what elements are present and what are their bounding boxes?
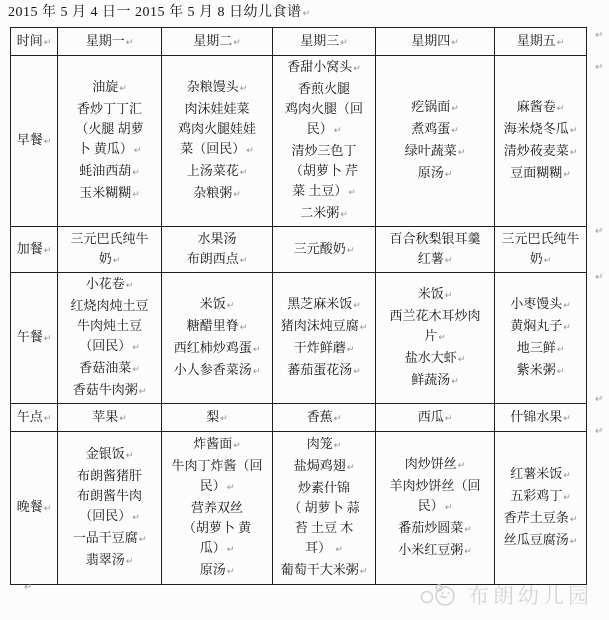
return-mark-icon: ↵ bbox=[233, 441, 241, 451]
return-mark-icon: ↵ bbox=[451, 126, 459, 136]
menu-line: 米饭↵ bbox=[378, 284, 492, 306]
menu-line: 奶↵ bbox=[60, 249, 159, 271]
return-mark-icon: ↵ bbox=[360, 323, 368, 333]
menu-cell: 黑芝麻米饭↵猪肉沫炖豆腐↵干炸鲜蘑↵蕃茄蛋花汤↵ bbox=[273, 273, 376, 404]
menu-cell: 红薯米饭↵五彩鸡丁↵香芹土豆条↵丝瓜豆腐汤↵ bbox=[495, 432, 587, 585]
menu-line: 黄焖丸子↵ bbox=[497, 316, 584, 338]
return-mark-icon: ↵ bbox=[240, 168, 248, 178]
return-mark-icon: ↵ bbox=[348, 188, 356, 198]
menu-line: 卜 黄瓜）↵ bbox=[60, 139, 159, 161]
menu-line: 杂粮馒头↵ bbox=[164, 77, 270, 99]
return-mark-icon: ↵ bbox=[227, 545, 235, 555]
menu-line: 油旋↵ bbox=[60, 77, 159, 99]
menu-line: 小人参香菜汤↵ bbox=[164, 360, 270, 382]
menu-cell: 什锦水果↵ bbox=[495, 404, 587, 432]
return-mark-icon: ↵ bbox=[126, 281, 134, 291]
return-mark-icon: ↵ bbox=[563, 414, 571, 424]
menu-line: 布朗酱猪肝 bbox=[60, 466, 159, 486]
return-mark-icon: ↵ bbox=[227, 483, 235, 493]
return-mark-icon: ↵ bbox=[563, 170, 571, 180]
return-mark-icon: ↵ bbox=[126, 557, 134, 567]
return-mark-icon: ↵ bbox=[139, 387, 147, 397]
menu-line: 蚝油西葫↵ bbox=[60, 161, 159, 183]
menu-line: 营养双丝 bbox=[164, 498, 270, 518]
return-mark-icon: ↵ bbox=[132, 190, 140, 200]
return-mark-icon: ↵ bbox=[132, 168, 140, 178]
return-mark-icon: ↵ bbox=[347, 246, 355, 256]
menu-line: 早餐↵ bbox=[13, 130, 55, 152]
menu-line: 小米红豆粥↵ bbox=[378, 540, 492, 562]
return-mark-icon: ↵ bbox=[113, 256, 121, 266]
menu-line: 羊肉炒饼丝（回 bbox=[378, 476, 492, 496]
menu-line: 牛肉炖土豆 bbox=[60, 316, 159, 336]
column-header-day: 星期三↵ bbox=[273, 28, 376, 56]
menu-line: 红烧肉炖土豆 bbox=[60, 296, 159, 316]
menu-line: 肉炒饼丝↵ bbox=[378, 454, 492, 476]
menu-line: 玉米糊糊↵ bbox=[60, 183, 159, 205]
menu-line: 小枣馒头↵ bbox=[497, 294, 584, 316]
menu-line: 鸡肉火腿（回 bbox=[275, 99, 373, 119]
menu-line: 绿叶蔬菜↵ bbox=[378, 141, 492, 163]
return-mark-icon: ↵ bbox=[445, 291, 453, 301]
return-mark-icon: ↵ bbox=[253, 367, 261, 377]
return-mark-icon: ↵ bbox=[227, 301, 235, 311]
return-mark-icon: ↵ bbox=[334, 441, 342, 451]
menu-cell: 麻酱卷↵海米烧冬瓜↵清炒莜麦菜↵豆面糊糊↵ bbox=[495, 56, 587, 227]
menu-cell: 油旋↵香炒丁丁汇（火腿 胡萝卜 黄瓜）↵蚝油西葫↵玉米糊糊↵ bbox=[58, 56, 162, 227]
menu-line: 香蕉↵ bbox=[275, 407, 373, 429]
return-mark-icon: ↵ bbox=[132, 343, 140, 353]
return-mark-icon: ↵ bbox=[438, 333, 446, 343]
paragraph-mark-icon: ↵ bbox=[24, 582, 32, 593]
menu-line: 三元巴氏纯牛奶↵ bbox=[497, 229, 584, 271]
menu-line: 香芹土豆条↵ bbox=[497, 508, 584, 530]
return-mark-icon: ↵ bbox=[563, 323, 571, 333]
return-mark-icon: ↵ bbox=[557, 367, 565, 377]
meal-row-label: 晚餐↵ bbox=[11, 432, 58, 585]
return-mark-icon: ↵ bbox=[334, 126, 342, 136]
menu-line: 时间↵ bbox=[13, 31, 55, 53]
return-mark-icon: ↵ bbox=[563, 493, 571, 503]
return-mark-icon: ↵ bbox=[44, 414, 52, 424]
menu-line: 加餐↵ bbox=[13, 239, 55, 261]
return-mark-icon: ↵ bbox=[458, 461, 466, 471]
return-mark-icon: ↵ bbox=[126, 38, 134, 48]
kindergarten-name: 布朗幼儿园 bbox=[468, 580, 593, 610]
menu-line: 晚餐↵ bbox=[13, 497, 55, 519]
return-mark-icon: ↵ bbox=[240, 84, 248, 94]
return-mark-icon: ↵ bbox=[570, 537, 578, 547]
menu-line: 炒素什锦 bbox=[275, 478, 373, 498]
table-row: 早餐↵油旋↵香炒丁丁汇（火腿 胡萝卜 黄瓜）↵蚝油西葫↵玉米糊糊↵杂粮馒头↵肉沫… bbox=[11, 56, 587, 227]
menu-line: 星期五↵ bbox=[497, 31, 584, 53]
page-title: 2015 年 5 月 4 日一 2015 年 5 月 8 日幼儿食谱↵ bbox=[8, 4, 311, 23]
menu-line: 西兰花木耳炒肉 bbox=[378, 306, 492, 326]
menu-line: 葡萄干大米粥↵ bbox=[275, 560, 373, 582]
menu-line: 民）↵ bbox=[275, 119, 373, 141]
menu-line: （回民）↵ bbox=[60, 336, 159, 358]
return-mark-icon: ↵ bbox=[557, 38, 565, 48]
return-mark-icon: ↵ bbox=[451, 104, 459, 114]
menu-cell: 苹果↵ bbox=[58, 404, 162, 432]
return-mark-icon: ↵ bbox=[458, 148, 466, 158]
menu-line: （ 胡萝卜 蒜 bbox=[275, 498, 373, 518]
menu-line: 清炒莜麦菜↵ bbox=[497, 141, 584, 163]
menu-line: 菜（回民）↵ bbox=[164, 139, 270, 161]
return-mark-icon: ↵ bbox=[445, 503, 453, 513]
menu-line: 什锦水果↵ bbox=[497, 407, 584, 429]
return-mark-icon: ↵ bbox=[464, 525, 472, 535]
menu-table: 时间↵星期一↵星期二↵星期三↵星期四↵星期五↵ 早餐↵油旋↵香炒丁丁汇（火腿 胡… bbox=[10, 27, 587, 585]
menu-cell: 肉笼↵盐焗鸡翅↵炒素什锦（ 胡萝卜 蒜苔 土豆 木耳） ↵葡萄干大米粥↵ bbox=[273, 432, 376, 585]
return-mark-icon: ↵ bbox=[119, 84, 127, 94]
menu-line: 杂粮粥↵ bbox=[164, 183, 270, 205]
menu-cell: 疙锅面↵煮鸡蛋↵绿叶蔬菜↵原汤↵ bbox=[376, 56, 495, 227]
menu-line: 香菇牛肉粥↵ bbox=[60, 380, 159, 402]
paragraph-mark-icon: ↵ bbox=[595, 394, 603, 405]
menu-cell: 西瓜↵ bbox=[376, 404, 495, 432]
return-mark-icon: ↵ bbox=[340, 210, 348, 220]
menu-line: 丝瓜豆腐汤↵ bbox=[497, 530, 584, 552]
menu-line: 翡翠汤↵ bbox=[60, 550, 159, 572]
column-header-day: 星期二↵ bbox=[162, 28, 273, 56]
menu-line: 麻酱卷↵ bbox=[497, 97, 584, 119]
menu-line: 耳） ↵ bbox=[275, 538, 373, 560]
return-mark-icon: ↵ bbox=[563, 301, 571, 311]
menu-line: 疙锅面↵ bbox=[378, 97, 492, 119]
return-mark-icon: ↵ bbox=[451, 377, 459, 387]
paragraph-mark-icon: ↵ bbox=[595, 226, 603, 237]
menu-line: 苹果↵ bbox=[60, 407, 159, 429]
menu-line: 香煎火腿 bbox=[275, 79, 373, 99]
return-mark-icon: ↵ bbox=[557, 104, 565, 114]
menu-cell: 三元酸奶↵ bbox=[273, 227, 376, 273]
menu-cell: 肉炒饼丝↵羊肉炒饼丝（回民）↵番茄炒圆菜↵小米红豆粥↵ bbox=[376, 432, 495, 585]
menu-cell: 水果汤布朗西点↵ bbox=[162, 227, 273, 273]
meal-row-label: 加餐↵ bbox=[11, 227, 58, 273]
menu-line: 星期一↵ bbox=[60, 31, 159, 53]
return-mark-icon: ↵ bbox=[451, 38, 459, 48]
return-mark-icon: ↵ bbox=[340, 38, 348, 48]
paragraph-mark-icon: ↵ bbox=[595, 272, 603, 283]
return-mark-icon: ↵ bbox=[445, 256, 453, 266]
return-mark-icon: ↵ bbox=[44, 246, 52, 256]
menu-line: 星期四↵ bbox=[378, 31, 492, 53]
return-mark-icon: ↵ bbox=[119, 414, 127, 424]
menu-line: 二米粥↵ bbox=[275, 203, 373, 225]
paragraph-mark-icon: ↵ bbox=[595, 62, 603, 73]
return-mark-icon: ↵ bbox=[139, 535, 147, 545]
menu-line: （火腿 胡萝 bbox=[60, 119, 159, 139]
return-mark-icon: ↵ bbox=[445, 170, 453, 180]
menu-line: 菜 土豆）↵ bbox=[275, 181, 373, 203]
meal-row-label: 午餐↵ bbox=[11, 273, 58, 404]
menu-line: 煮鸡蛋↵ bbox=[378, 119, 492, 141]
menu-line: 2015 年 5 月 4 日一 2015 年 5 月 8 日幼儿食谱↵ bbox=[8, 4, 311, 23]
menu-line: 西红柿炒鸡蛋↵ bbox=[164, 338, 270, 360]
return-mark-icon: ↵ bbox=[220, 414, 228, 424]
menu-line: 地三鲜↵ bbox=[497, 338, 584, 360]
return-mark-icon: ↵ bbox=[360, 567, 368, 577]
table-row: 晚餐↵金银饭↵布朗酱猪肝布朗酱牛肉（回民）↵一品干豆腐↵翡翠汤↵炸酱面↵牛肉丁炸… bbox=[11, 432, 587, 585]
menu-line: 豆面糊糊↵ bbox=[497, 163, 584, 185]
footer-watermark: 布朗幼儿园 bbox=[418, 580, 593, 610]
return-mark-icon: ↵ bbox=[240, 323, 248, 333]
menu-line: 民）↵ bbox=[164, 476, 270, 498]
menu-line: 海米烧冬瓜↵ bbox=[497, 119, 584, 141]
menu-line: 午点↵ bbox=[13, 407, 55, 429]
table-header-row: 时间↵星期一↵星期二↵星期三↵星期四↵星期五↵ bbox=[11, 28, 587, 56]
menu-line: 清炒三色丁 bbox=[275, 141, 373, 161]
menu-cell: 杂粮馒头↵肉沫娃娃菜鸡肉火腿娃娃菜（回民）↵上汤菜花↵杂粮粥↵ bbox=[162, 56, 273, 227]
menu-cell: 米饭↵西兰花木耳炒肉片↵盐水大虾↵鲜蔬汤↵ bbox=[376, 273, 495, 404]
return-mark-icon: ↵ bbox=[544, 256, 552, 266]
menu-line: 原汤↵ bbox=[164, 560, 270, 582]
menu-cell: 百合秋梨银耳羹红薯↵ bbox=[376, 227, 495, 273]
menu-cell: 三元巴氏纯牛奶↵ bbox=[495, 227, 587, 273]
table-row: 午餐↵小花卷↵红烧肉炖土豆牛肉炖土豆（回民）↵香菇油菜↵香菇牛肉粥↵米饭↵糖醋里… bbox=[11, 273, 587, 404]
return-mark-icon: ↵ bbox=[303, 9, 311, 19]
menu-line: 苔 土豆 木 bbox=[275, 518, 373, 538]
return-mark-icon: ↵ bbox=[44, 137, 52, 147]
menu-line: 香炒丁丁汇 bbox=[60, 99, 159, 119]
column-header-day: 星期五↵ bbox=[495, 28, 587, 56]
paragraph-mark-icon: ↵ bbox=[595, 30, 603, 41]
return-mark-icon: ↵ bbox=[353, 367, 361, 377]
return-mark-icon: ↵ bbox=[240, 256, 248, 266]
menu-line: 黑芝麻米饭↵ bbox=[275, 294, 373, 316]
menu-cell: 炸酱面↵牛肉丁炸酱（回民）↵营养双丝（胡萝卜 黄瓜）↵原汤↵ bbox=[162, 432, 273, 585]
menu-line: 炸酱面↵ bbox=[164, 434, 270, 456]
kindergarten-logo-icon bbox=[418, 581, 462, 609]
menu-line: 牛肉丁炸酱（回 bbox=[164, 456, 270, 476]
menu-line: 米饭↵ bbox=[164, 294, 270, 316]
menu-line: 西瓜↵ bbox=[378, 407, 492, 429]
return-mark-icon: ↵ bbox=[334, 414, 342, 424]
menu-line: 红薯米饭↵ bbox=[497, 464, 584, 486]
menu-line: 紫米粥↵ bbox=[497, 360, 584, 382]
column-header-day: 星期四↵ bbox=[376, 28, 495, 56]
menu-line: 红薯↵ bbox=[378, 249, 492, 271]
menu-line: 鸡肉火腿娃娃 bbox=[164, 119, 270, 139]
return-mark-icon: ↵ bbox=[233, 38, 241, 48]
menu-line: 鲜蔬汤↵ bbox=[378, 370, 492, 392]
meal-row-label: 午点↵ bbox=[11, 404, 58, 432]
menu-line: （胡萝卜 芹 bbox=[275, 161, 373, 181]
return-mark-icon: ↵ bbox=[126, 451, 134, 461]
menu-cell: 香蕉↵ bbox=[273, 404, 376, 432]
menu-line: 香菇油菜↵ bbox=[60, 358, 159, 380]
menu-line: 金银饭↵ bbox=[60, 444, 159, 466]
menu-line: 瓜）↵ bbox=[164, 538, 270, 560]
menu-line: 水果汤 bbox=[164, 229, 270, 249]
menu-line: 五彩鸡丁↵ bbox=[497, 486, 584, 508]
menu-line: 干炸鲜蘑↵ bbox=[275, 338, 373, 360]
menu-line: 糖醋里脊↵ bbox=[164, 316, 270, 338]
return-mark-icon: ↵ bbox=[253, 345, 261, 355]
return-mark-icon: ↵ bbox=[44, 334, 52, 344]
menu-line: 百合秋梨银耳羹 bbox=[378, 229, 492, 249]
table-row: 加餐↵三元巴氏纯牛奶↵水果汤布朗西点↵三元酸奶↵百合秋梨银耳羹红薯↵三元巴氏纯牛… bbox=[11, 227, 587, 273]
menu-line: 午餐↵ bbox=[13, 327, 55, 349]
menu-cell: 小枣馒头↵黄焖丸子↵地三鲜↵紫米粥↵ bbox=[495, 273, 587, 404]
return-mark-icon: ↵ bbox=[246, 146, 254, 156]
menu-line: 原汤↵ bbox=[378, 163, 492, 185]
menu-line: 梨↵ bbox=[164, 407, 270, 429]
menu-line: 民）↵ bbox=[378, 496, 492, 518]
return-mark-icon: ↵ bbox=[335, 545, 343, 555]
menu-line: 肉笼↵ bbox=[275, 434, 373, 456]
return-mark-icon: ↵ bbox=[570, 515, 578, 525]
menu-line: （胡萝卜 黄 bbox=[164, 518, 270, 538]
menu-cell: 香甜小窝头↵香煎火腿鸡肉火腿（回民）↵清炒三色丁（胡萝卜 芹菜 土豆）↵二米粥↵ bbox=[273, 56, 376, 227]
return-mark-icon: ↵ bbox=[445, 414, 453, 424]
return-mark-icon: ↵ bbox=[563, 471, 571, 481]
document-page: 2015 年 5 月 4 日一 2015 年 5 月 8 日幼儿食谱↵ 时间↵星… bbox=[0, 0, 609, 620]
return-mark-icon: ↵ bbox=[570, 148, 578, 158]
column-header-time: 时间↵ bbox=[11, 28, 58, 56]
menu-line: 片↵ bbox=[378, 326, 492, 348]
return-mark-icon: ↵ bbox=[347, 345, 355, 355]
menu-line: 星期二↵ bbox=[164, 31, 270, 53]
return-mark-icon: ↵ bbox=[353, 64, 361, 74]
menu-cell: 小花卷↵红烧肉炖土豆牛肉炖土豆（回民）↵香菇油菜↵香菇牛肉粥↵ bbox=[58, 273, 162, 404]
menu-line: 上汤菜花↵ bbox=[164, 161, 270, 183]
table-row: 午点↵苹果↵梨↵香蕉↵西瓜↵什锦水果↵ bbox=[11, 404, 587, 432]
return-mark-icon: ↵ bbox=[134, 146, 142, 156]
menu-line: 星期三↵ bbox=[275, 31, 373, 53]
menu-line: 盐水大虾↵ bbox=[378, 348, 492, 370]
menu-line: 一品干豆腐↵ bbox=[60, 528, 159, 550]
return-mark-icon: ↵ bbox=[353, 301, 361, 311]
return-mark-icon: ↵ bbox=[132, 513, 140, 523]
menu-line: 蕃茄蛋花汤↵ bbox=[275, 360, 373, 382]
return-mark-icon: ↵ bbox=[44, 504, 52, 514]
menu-line: 三元巴氏纯牛 bbox=[60, 229, 159, 249]
menu-line: 小花卷↵ bbox=[60, 274, 159, 296]
column-header-day: 星期一↵ bbox=[58, 28, 162, 56]
return-mark-icon: ↵ bbox=[464, 547, 472, 557]
menu-line: 布朗西点↵ bbox=[164, 249, 270, 271]
return-mark-icon: ↵ bbox=[347, 463, 355, 473]
return-mark-icon: ↵ bbox=[458, 355, 466, 365]
menu-line: 番茄炒圆菜↵ bbox=[378, 518, 492, 540]
return-mark-icon: ↵ bbox=[570, 126, 578, 136]
menu-line: 盐焗鸡翅↵ bbox=[275, 456, 373, 478]
return-mark-icon: ↵ bbox=[233, 190, 241, 200]
paragraph-mark-icon: ↵ bbox=[595, 426, 603, 437]
menu-line: （回民）↵ bbox=[60, 506, 159, 528]
menu-line: 香甜小窝头↵ bbox=[275, 57, 373, 79]
return-mark-icon: ↵ bbox=[557, 345, 565, 355]
menu-line: 肉沫娃娃菜 bbox=[164, 99, 270, 119]
menu-cell: 金银饭↵布朗酱猪肝布朗酱牛肉（回民）↵一品干豆腐↵翡翠汤↵ bbox=[58, 432, 162, 585]
menu-line: 布朗酱牛肉 bbox=[60, 486, 159, 506]
menu-line: 猪肉沫炖豆腐↵ bbox=[275, 316, 373, 338]
return-mark-icon: ↵ bbox=[132, 365, 140, 375]
menu-line: 三元酸奶↵ bbox=[275, 239, 373, 261]
return-mark-icon: ↵ bbox=[44, 38, 52, 48]
menu-cell: 米饭↵糖醋里脊↵西红柿炒鸡蛋↵小人参香菜汤↵ bbox=[162, 273, 273, 404]
menu-cell: 三元巴氏纯牛奶↵ bbox=[58, 227, 162, 273]
menu-cell: 梨↵ bbox=[162, 404, 273, 432]
return-mark-icon: ↵ bbox=[227, 567, 235, 577]
meal-row-label: 早餐↵ bbox=[11, 56, 58, 227]
